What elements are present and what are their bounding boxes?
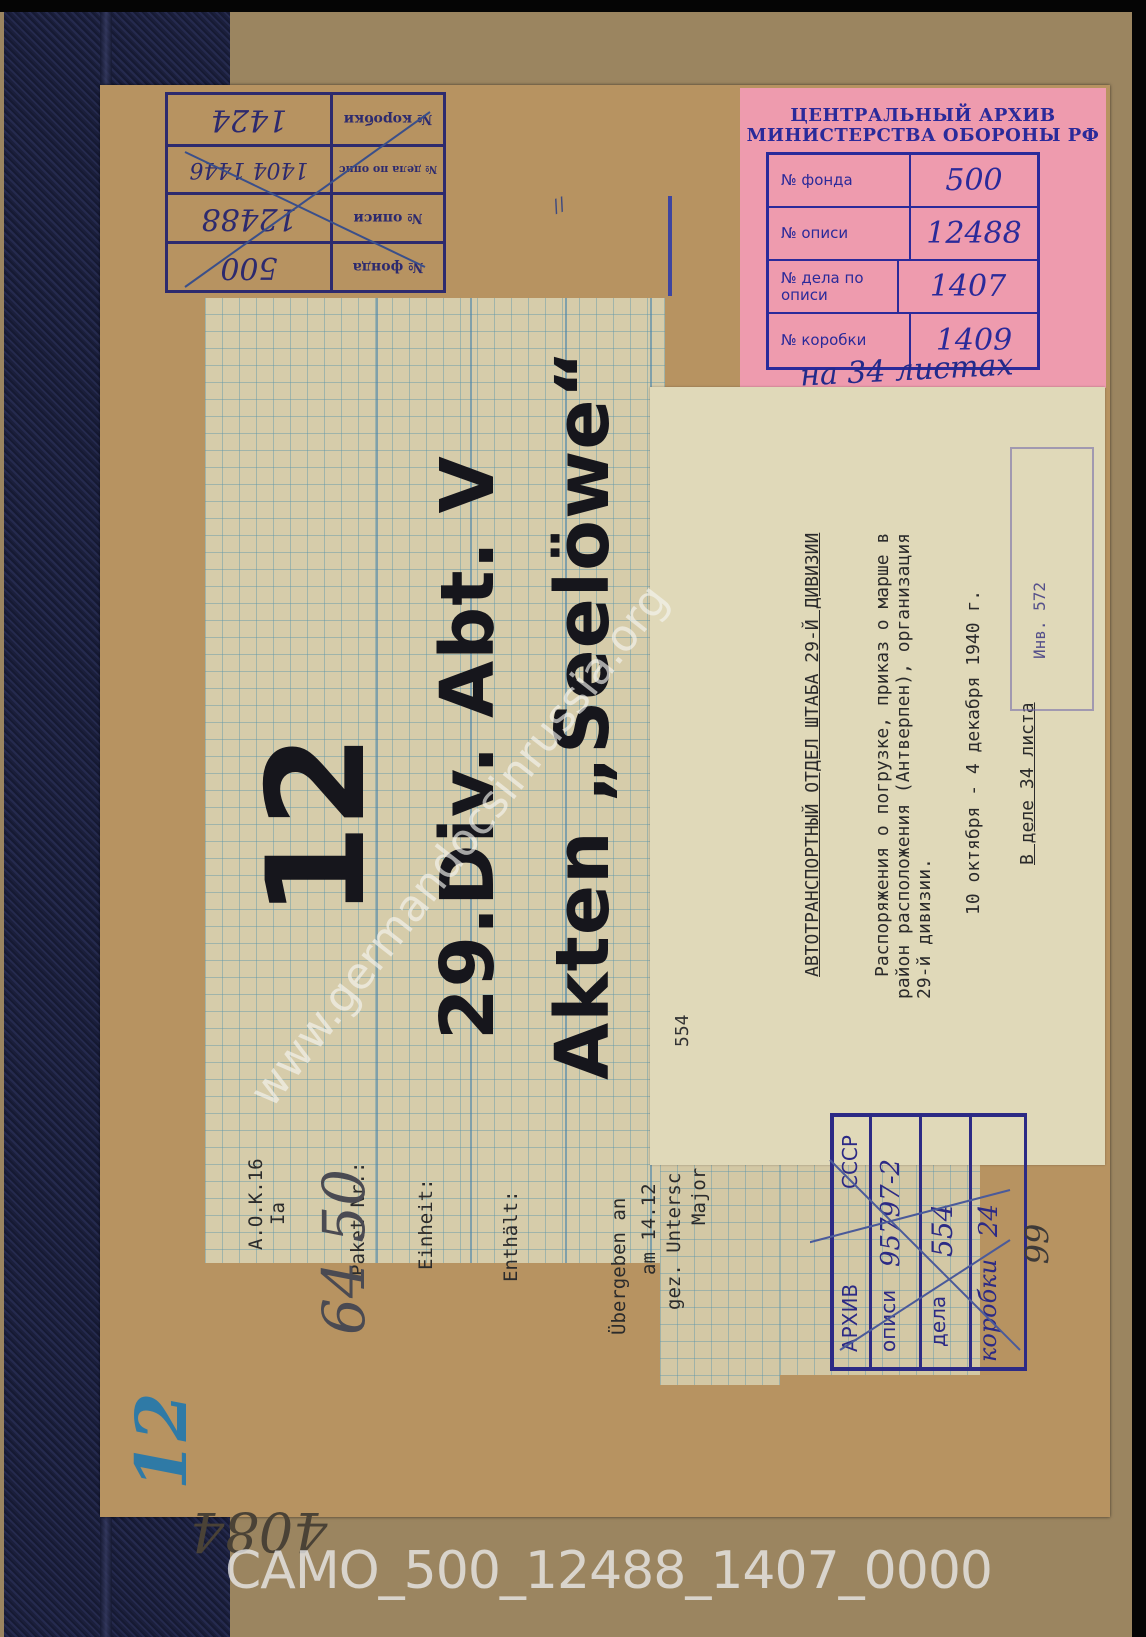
stamp-column-line	[969, 1117, 972, 1367]
transfer-rank: Major	[688, 1168, 710, 1225]
reference-value: 12488	[911, 208, 1037, 259]
old-stamp-row: № коробки 1424	[168, 95, 443, 144]
label-number: 12	[238, 738, 395, 918]
small-ref-mark: 554	[672, 1014, 693, 1047]
old-stamp-row: № фонда 500	[168, 241, 443, 290]
transfer-signature-line: gez. Untersc	[663, 1173, 685, 1310]
reference-value: 500	[911, 155, 1037, 206]
card-sheet-count: В деле 34 листа	[1017, 702, 1038, 865]
reference-row: № фонда500	[769, 155, 1037, 208]
reference-label: № описи	[769, 208, 911, 259]
stamp-column-line	[919, 1117, 922, 1367]
archive-reference-table: № фонда500 № описи12488 № дела по описи1…	[766, 152, 1040, 370]
enthalt-field: Enthält:	[500, 1190, 522, 1282]
reference-row: № дела по описи1407	[769, 261, 1037, 314]
reference-label: № дела по описи	[769, 261, 899, 312]
stamp-dela-value: 554	[926, 1204, 959, 1257]
old-stamp-row: № описи 12488	[168, 193, 443, 242]
reference-row: № описи12488	[769, 208, 1037, 261]
stamp-opisi-label: описи	[876, 1290, 900, 1352]
aok-label: A.O.K.16	[245, 1158, 267, 1250]
card-description-line3: 29-й дивизии.	[914, 858, 935, 999]
transfer-date-line: am 14.12	[638, 1183, 660, 1275]
old-archive-stamp: № фонда 500 № описи 12488 № дела по опис…	[165, 92, 446, 293]
stamp-korobki-value: 24	[974, 1204, 1004, 1237]
reference-label: № фонда	[769, 155, 911, 206]
transfer-line: Übergeben an	[608, 1198, 630, 1335]
old-stamp-value: 1404 1446	[168, 157, 330, 182]
stamp-ussr-label: СССР	[838, 1135, 862, 1189]
reference-value: 1407	[899, 261, 1037, 312]
old-stamp-value: 12488	[168, 201, 330, 236]
old-stamp-label: № коробки	[330, 95, 443, 144]
faint-library-stamp	[1010, 447, 1094, 711]
einheit-field: Einheit:	[415, 1178, 437, 1270]
blue-pencil-mark: 12	[120, 1393, 203, 1490]
old-stamp-value: 500	[168, 250, 330, 285]
archive-title: ЦЕНТРАЛЬНЫЙ АРХИВ МИНИСТЕРСТВА ОБОРОНЫ Р…	[740, 106, 1106, 146]
card-description-line2: район расположения (Антверпен), организа…	[893, 533, 914, 999]
old-stamp-label: № описи	[330, 196, 443, 242]
stamp-archive-label: АРХИВ	[838, 1284, 862, 1352]
ink-stroke	[668, 196, 672, 296]
archive-title-line2: МИНИСТЕРСТВА ОБОРОНЫ РФ	[740, 126, 1106, 146]
stamp-opisi-value: 95797-2	[876, 1159, 906, 1267]
label-division-line: 29.Div. Abt. V	[425, 455, 511, 1040]
russian-description-card: АВТОТРАНСПОРТНЫЙ ОТДЕЛ ШТАБА 29-Й ДИВИЗИ…	[650, 387, 1105, 1165]
stamp-column-line	[869, 1117, 872, 1367]
archive-title-line1: ЦЕНТРАЛЬНЫЙ АРХИВ	[740, 106, 1106, 126]
central-archive-label: ЦЕНТРАЛЬНЫЙ АРХИВ МИНИСТЕРСТВА ОБОРОНЫ Р…	[740, 88, 1106, 388]
card-heading: АВТОТРАНСПОРТНЫЙ ОТДЕЛ ШТАБА 29-Й ДИВИЗИ…	[802, 533, 823, 977]
right-pencil-mark: 66	[1016, 1224, 1054, 1265]
stamp-dela-label: дела	[926, 1296, 950, 1347]
old-stamp-label: № дела по опис	[330, 147, 443, 193]
inventory-mark: Инв. 572	[1030, 582, 1049, 659]
ia-label: Ia	[267, 1202, 289, 1225]
old-stamp-row: № дела по опис 1404 1446	[168, 144, 443, 193]
old-stamp-value: 1424	[168, 102, 330, 137]
stamp-korobki-label: коробки	[974, 1259, 1002, 1362]
old-stamp-label: № фонда	[330, 244, 443, 290]
filename-watermark: CAMO_500_12488_1407_0000	[225, 1545, 992, 1597]
pencil-number: 64 50	[310, 1169, 378, 1335]
card-date-range: 10 октября - 4 декабря 1940 г.	[963, 590, 984, 915]
card-description-line1: Распоряжения о погрузке, приказ о марше …	[872, 533, 893, 977]
ussr-archive-stamp: АРХИВ СССР описи 95797-2 дела 554 коробк…	[830, 1113, 1027, 1371]
